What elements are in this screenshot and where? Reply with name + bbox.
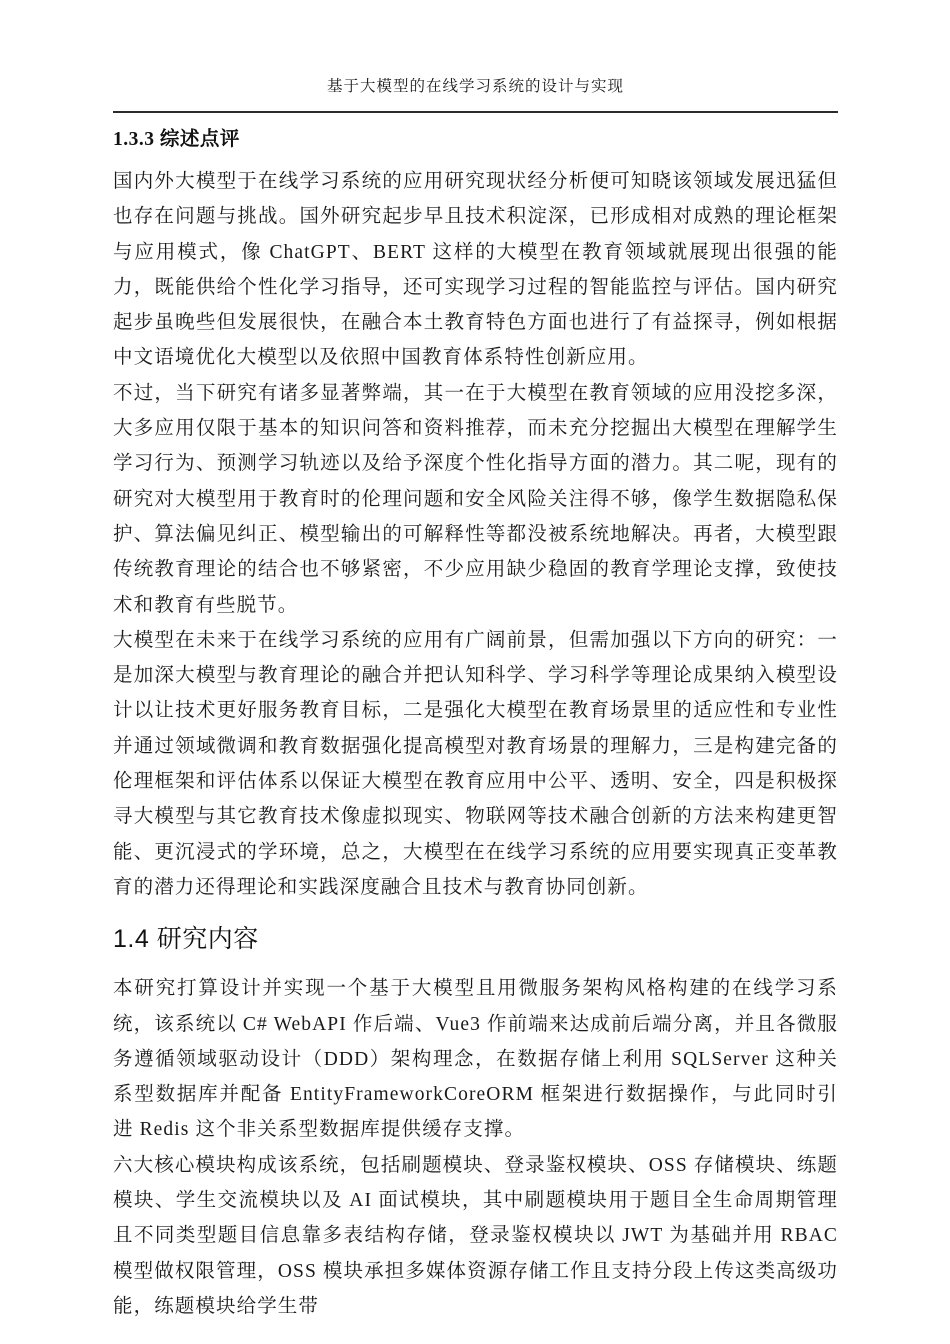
- document-page: 基于大模型的在线学习系统的设计与实现 1.3.3 综述点评 国内外大模型于在线学…: [0, 0, 950, 1344]
- header-rule: [113, 111, 838, 113]
- heading-1-3-3-review-comments: 1.3.3 综述点评: [113, 126, 838, 154]
- paragraph-drawbacks: 不过，当下研究有诸多显著弊端，其一在于大模型在教育领域的应用没挖多深，大多应用仅…: [113, 376, 838, 623]
- document-body: 1.3.3 综述点评 国内外大模型于在线学习系统的应用研究现状经分析便可知晓该领…: [113, 126, 838, 1324]
- paragraph-core-modules: 六大核心模块构成该系统，包括刷题模块、登录鉴权模块、OSS 存储模块、练题模块、…: [113, 1148, 838, 1324]
- paragraph-system-architecture: 本研究打算设计并实现一个基于大模型且用微服务架构风格构建的在线学习系统，该系统以…: [113, 971, 838, 1147]
- running-header-title: 基于大模型的在线学习系统的设计与实现: [113, 76, 838, 98]
- paragraph-future-directions: 大模型在未来于在线学习系统的应用有广阔前景，但需加强以下方向的研究：一是加深大模…: [113, 623, 838, 905]
- paragraph-current-status: 国内外大模型于在线学习系统的应用研究现状经分析便可知晓该领域发展迅猛但也存在问题…: [113, 164, 838, 376]
- heading-1-4-research-content: 1.4 研究内容: [113, 922, 838, 956]
- page-header: 基于大模型的在线学习系统的设计与实现: [113, 76, 838, 113]
